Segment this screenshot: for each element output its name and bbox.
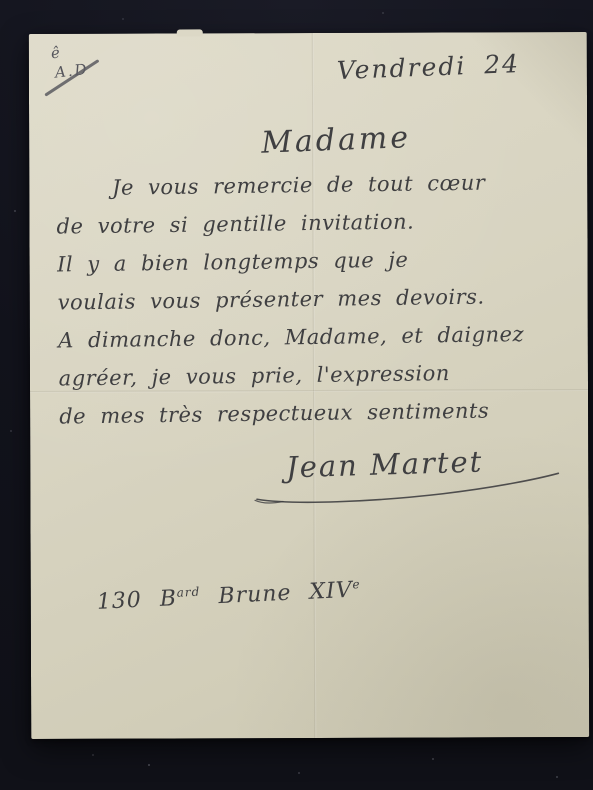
- address-district-superscript: e: [352, 577, 361, 591]
- dust-specks: [0, 0, 2, 2]
- photograph-background: ê A.D Vendredi 24 Madame Je vous remerci…: [0, 0, 593, 790]
- archival-note-line1: ê: [50, 43, 61, 62]
- letter-paper: ê A.D Vendredi 24 Madame Je vous remerci…: [29, 32, 589, 739]
- body-line-7: de mes très respectueux sentiments: [59, 397, 569, 442]
- address-line: 130 Bard Brune XIVe: [96, 577, 361, 615]
- address-street-name: Brune: [218, 581, 292, 609]
- address-street-superscript: ard: [176, 585, 200, 600]
- address-district: XIV: [309, 578, 353, 605]
- signature-block: Jean Martet: [252, 442, 573, 505]
- letter-body: Je vous remercie de tout cœur de votre s…: [56, 169, 570, 442]
- salutation: Madame: [261, 120, 412, 161]
- paper-edge-notch: [177, 29, 203, 36]
- address-number: 130: [96, 588, 142, 615]
- address-street-initial: B: [159, 586, 177, 612]
